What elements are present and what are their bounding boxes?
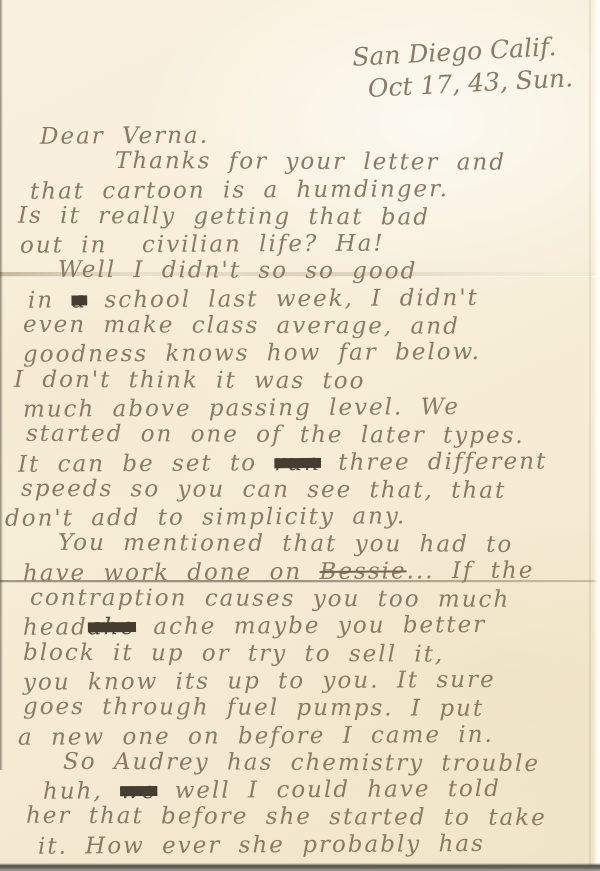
letter-line: have work done on Bessie... If the	[23, 557, 596, 588]
letter-line: Dear Verna.	[40, 120, 596, 151]
letter-line: Is it really getting that bad	[18, 203, 596, 233]
letter-line: contraption causes you too much	[30, 585, 596, 615]
handwritten-text: You mentioned that you had to	[58, 530, 513, 558]
letter-line: don't add to simplicity any.	[5, 502, 596, 533]
scribbled-out-word: ahe	[88, 614, 136, 640]
handwritten-text: goes through fuel pumps. I put	[23, 694, 484, 722]
letter-line: block it up or try to sell it,	[23, 639, 596, 669]
letter-line: Thanks for your letter and	[115, 148, 596, 177]
letter-line: much above passing level. We	[23, 393, 596, 424]
letter-header: San Diego Calif. Oct 17, 43, Sun.	[351, 30, 573, 105]
handwritten-text: I don't think it was too	[14, 366, 366, 394]
handwritten-text: Is it really getting that bad	[18, 203, 430, 231]
handwritten-text: ... If the	[407, 557, 535, 584]
handwritten-text: huh,	[43, 778, 120, 804]
handwritten-text: out in civilian life? Ha!	[20, 231, 385, 259]
letter-line: So Audrey has chemistry trouble	[63, 749, 596, 779]
letter-line: Well I didn't so so good	[58, 257, 596, 287]
letter-line: goodness knows how far below.	[23, 339, 596, 370]
handwritten-text: Dear Verna.	[40, 123, 209, 150]
handwritten-text: in	[28, 287, 72, 313]
handwritten-text: even make class average, and	[23, 312, 460, 340]
struck-word: Bessie	[319, 558, 406, 585]
handwritten-text: head	[23, 615, 88, 641]
letter-line: a new one on before I came in.	[18, 721, 596, 752]
handwritten-text: her that before she started to take	[26, 803, 547, 831]
handwritten-text: goodness knows how far below.	[23, 339, 481, 368]
letter-line: speeds so you can see that, that	[21, 476, 596, 506]
letter-line: you know its up to you. It sure	[23, 666, 596, 697]
handwritten-text: well I could have told	[157, 776, 501, 804]
letter-line: even make class average, and	[23, 312, 596, 342]
handwritten-text: three different	[321, 448, 547, 475]
scan-edge-left	[0, 0, 3, 770]
letter-line: I don't think it was too	[14, 366, 596, 396]
handwritten-text: that cartoon is a humdinger.	[30, 176, 449, 205]
scribbled-out-word: a	[71, 287, 87, 313]
handwritten-text: school last week, I didn't	[87, 285, 479, 313]
letter-line: You mentioned that you had to	[58, 530, 596, 560]
letter-line: it. How ever she probably has	[38, 830, 596, 861]
letter-line: in a school last week, I didn't	[28, 284, 596, 315]
letter-line: out in civilian life? Ha!	[20, 229, 596, 260]
handwritten-text: Thanks for your letter and	[115, 148, 506, 176]
scanned-letter-page: San Diego Calif. Oct 17, 43, Sun. Dear V…	[0, 0, 600, 871]
letter-line: huh, we well I could have told	[43, 775, 596, 806]
handwritten-text: you know its up to you. It sure	[23, 667, 496, 696]
scan-edge-bottom	[0, 863, 600, 871]
letter-body: Dear Verna.Thanks for your letter andtha…	[18, 122, 596, 859]
handwritten-text: It can be set to	[18, 450, 275, 478]
handwritten-text: a new one on before I came in.	[18, 721, 494, 750]
letter-line: started on one of the later types.	[26, 421, 596, 451]
letter-line: headahe ache maybe you better	[23, 612, 596, 643]
handwritten-text: speeds so you can see that, that	[21, 476, 506, 504]
handwritten-text: much above passing level. We	[23, 394, 460, 423]
letter-line: It can be set to run three different	[18, 448, 596, 479]
letter-line: goes through fuel pumps. I put	[23, 694, 596, 724]
scribbled-out-word: run	[274, 449, 321, 475]
handwritten-text: don't add to simplicity any.	[5, 504, 406, 532]
letter-line: her that before she started to take	[26, 803, 596, 833]
scribbled-out-word: we	[120, 778, 157, 804]
handwritten-text: contraption causes you too much	[30, 585, 510, 613]
handwritten-text: block it up or try to sell it,	[23, 639, 444, 667]
letter-line: that cartoon is a humdinger.	[30, 175, 596, 206]
handwritten-text: Well I didn't so so good	[58, 257, 417, 285]
handwritten-text: So Audrey has chemistry trouble	[63, 749, 540, 777]
handwritten-text: started on one of the later types.	[26, 421, 525, 449]
handwritten-text: ache maybe you better	[136, 612, 486, 640]
handwritten-text: it. How ever she probably has	[38, 831, 485, 860]
handwritten-text: have work done on	[23, 559, 320, 587]
